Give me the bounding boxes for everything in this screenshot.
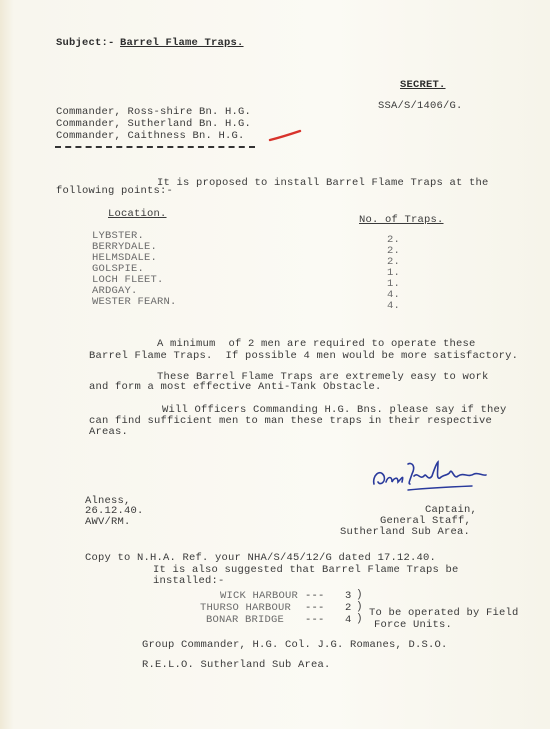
signatory-staff: General Staff,	[380, 516, 471, 526]
copy-line-1: Copy to N.H.A. Ref. your NHA/S/45/12/G d…	[85, 553, 436, 563]
copy-item-location: WICK HARBOUR	[220, 591, 298, 601]
paragraph-3-line-3: Areas.	[89, 427, 128, 437]
distribution-line: R.E.L.O. Sutherland Sub Area.	[142, 660, 331, 670]
table-row-traps: 2.	[387, 246, 400, 256]
addressee: Commander, Ross-shire Bn. H.G.	[56, 107, 251, 117]
table-row-location: WESTER FEARN.	[92, 297, 177, 307]
table-row-traps: 1.	[387, 268, 400, 278]
copy-item-dashes: ---	[305, 603, 325, 613]
origin-initials: AWV/RM.	[85, 517, 131, 527]
paragraph-3-line-2: can find sufficient men to man these tra…	[89, 416, 492, 426]
column-header-traps: No. of Traps.	[359, 215, 444, 225]
table-row-location: LOCH FLEET.	[92, 275, 164, 285]
copy-line-3: installed:-	[153, 576, 225, 586]
handwritten-signature	[368, 454, 493, 496]
classification-mark: SECRET.	[400, 80, 446, 90]
copy-item-location: THURSO HARBOUR	[200, 603, 291, 613]
copy-item-traps: 4	[345, 615, 352, 625]
table-row-traps: 2.	[387, 235, 400, 245]
paragraph-2-line-2: and form a most effective Anti-Tank Obst…	[89, 382, 382, 392]
brace-mid: )	[356, 602, 363, 612]
paragraph-3-line-1: Will Officers Commanding H.G. Bns. pleas…	[162, 405, 507, 415]
intro-line-2: following points:-	[56, 186, 173, 196]
brace-bottom: )	[356, 614, 363, 624]
addressee-underline	[55, 146, 255, 148]
brace-top: )	[356, 590, 363, 600]
copy-note-line-2: Force Units.	[374, 620, 452, 630]
subject-title: Barrel Flame Traps.	[120, 38, 244, 48]
paragraph-1-line-2: Barrel Flame Traps. If possible 4 men wo…	[89, 351, 518, 361]
table-row-traps: 2.	[387, 257, 400, 267]
reference-number: SSA/S/1406/G.	[378, 101, 463, 111]
subject-label: Subject:-	[56, 38, 115, 48]
table-row-location: BERRYDALE.	[92, 242, 157, 252]
copy-item-traps: 3	[345, 591, 352, 601]
copy-item-dashes: ---	[305, 591, 325, 601]
red-tick-mark-icon	[268, 129, 302, 143]
intro-line-1: It is proposed to install Barrel Flame T…	[157, 178, 489, 188]
signatory-rank: Captain,	[425, 505, 477, 515]
origin-date: 26.12.40.	[85, 506, 144, 516]
column-header-location: Location.	[108, 209, 167, 219]
table-row-location: LYBSTER.	[92, 231, 144, 241]
table-row-traps: 4.	[387, 301, 400, 311]
paragraph-1-line-1: A minimum of 2 men are required to opera…	[157, 339, 476, 349]
signatory-area: Sutherland Sub Area.	[340, 527, 470, 537]
copy-item-location: BONAR BRIDGE	[206, 615, 284, 625]
copy-item-traps: 2	[345, 603, 352, 613]
table-row-location: GOLSPIE.	[92, 264, 144, 274]
table-row-location: HELMSDALE.	[92, 253, 157, 263]
document-page: Subject:- Barrel Flame Traps. SECRET. SS…	[0, 0, 550, 729]
table-row-traps: 1.	[387, 279, 400, 289]
addressee: Commander, Caithness Bn. H.G.	[56, 131, 245, 141]
copy-line-2: It is also suggested that Barrel Flame T…	[153, 565, 459, 575]
table-row-traps: 4.	[387, 290, 400, 300]
addressee: Commander, Sutherland Bn. H.G.	[56, 119, 251, 129]
distribution-line: Group Commander, H.G. Col. J.G. Romanes,…	[142, 640, 448, 650]
table-row-location: ARDGAY.	[92, 286, 138, 296]
copy-item-dashes: ---	[305, 615, 325, 625]
copy-note-line-1: To be operated by Field	[369, 608, 519, 618]
